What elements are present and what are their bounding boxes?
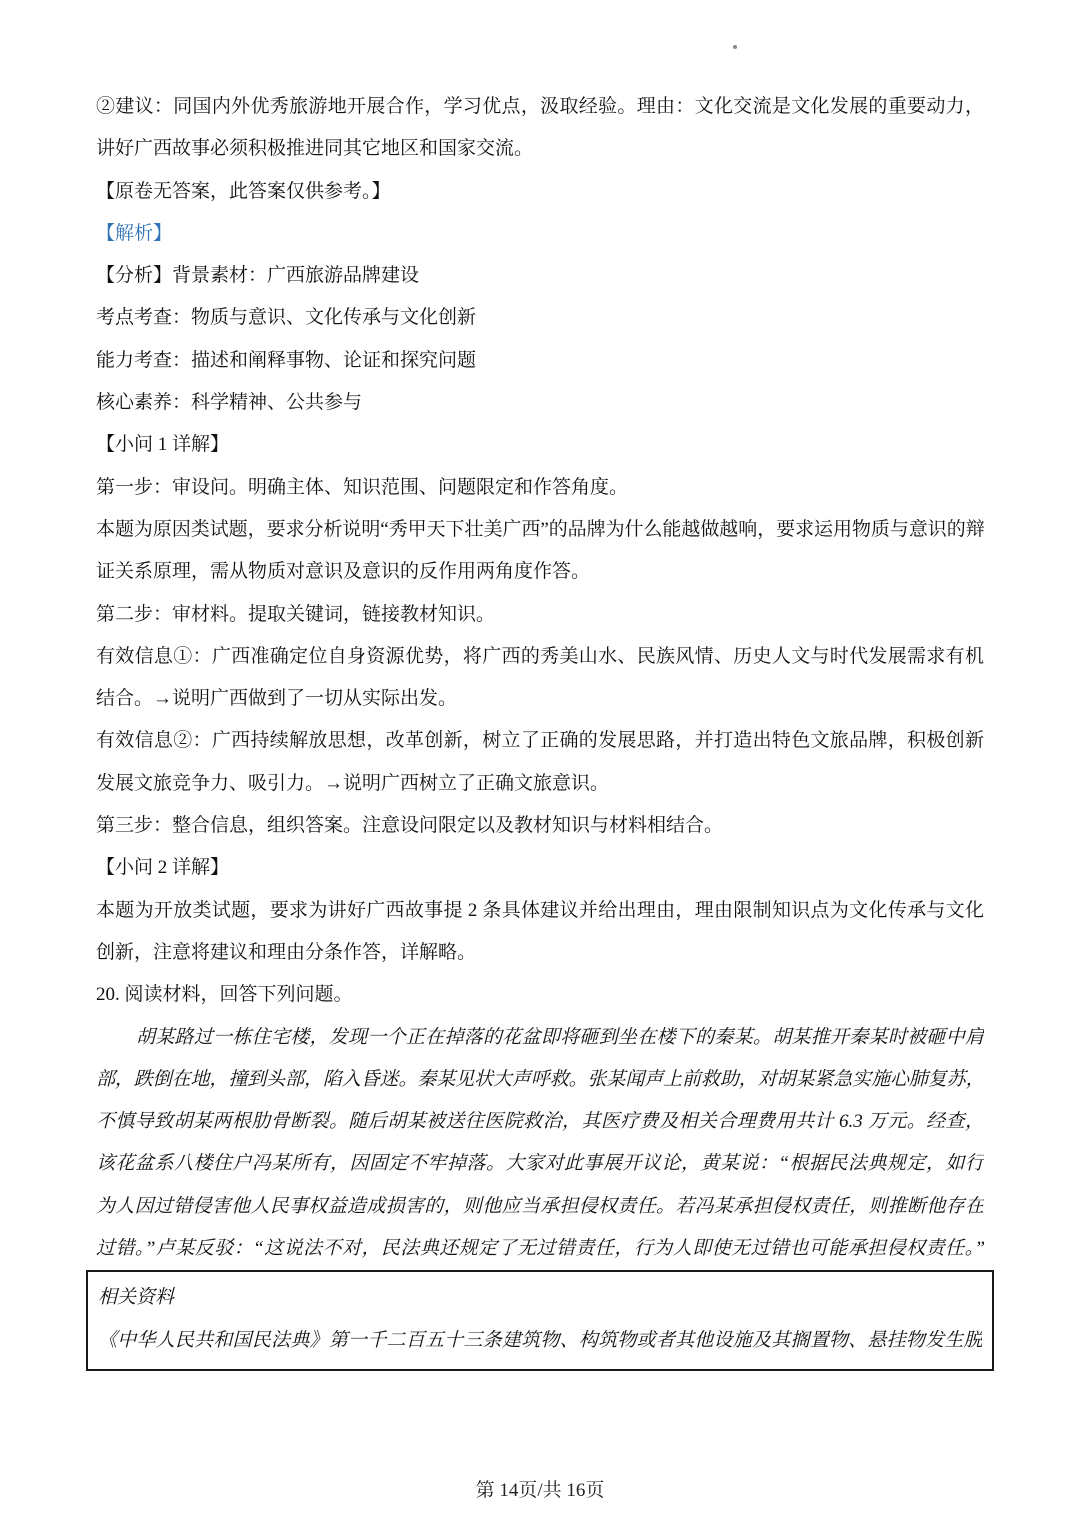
question20-material-line1: 胡某路过一栋住宅楼，发现一个正在掉落的花盆即将砸到坐在楼下的秦某。胡某推开秦某时… xyxy=(96,1017,984,1059)
related-box-body: 《中华人民共和国民法典》第一千二百五十三条建筑物、构筑物或者其他设施及其搁置物、… xyxy=(98,1320,982,1362)
page-number-footer: 第 14页/共 16页 xyxy=(0,1477,1080,1505)
q2-para-line2: 创新，注意将建议和理由分条作答，详解略。 xyxy=(96,932,984,974)
q1-info1-line1: 有效信息①：广西准确定位自身资源优势，将广西的秀美山水、民族风情、历史人文与时代… xyxy=(96,636,984,678)
q2-detail-header: 【小问 2 详解】 xyxy=(96,847,984,889)
scan-artifact-dot xyxy=(733,45,737,49)
q1-step1: 第一步：审设问。明确主体、知识范围、问题限定和作答角度。 xyxy=(96,467,984,509)
question20-material-line2: 部，跌倒在地，撞到头部，陷入昏迷。秦某见状大声呼救。张某闻声上前救助，对胡某紧急… xyxy=(96,1059,984,1101)
related-material-box: 相关资料 《中华人民共和国民法典》第一千二百五十三条建筑物、构筑物或者其他设施及… xyxy=(86,1270,994,1371)
q1-step2: 第二步：审材料。提取关键词，链接教材知识。 xyxy=(96,594,984,636)
q1-info1-line2: 结合。→说明广西做到了一切从实际出发。 xyxy=(96,678,984,720)
analysis-core-literacy: 核心素养：科学精神、公共参与 xyxy=(96,382,984,424)
q1-detail-header: 【小问 1 详解】 xyxy=(96,424,984,466)
question20-material-line3: 不慎导致胡某两根肋骨断裂。随后胡某被送往医院救治，其医疗费及相关合理费用共计 6… xyxy=(96,1101,984,1143)
question20-material-line5: 为人因过错侵害他人民事权益造成损害的，则他应当承担侵权责任。若冯某承担侵权责任，… xyxy=(96,1186,984,1228)
exam-document-page: ②建议：同国内外优秀旅游地开展合作，学习优点，汲取经验。理由：文化交流是文化发展… xyxy=(0,0,1080,1527)
analysis-background: 【分析】背景素材：广西旅游品牌建设 xyxy=(96,255,984,297)
q2-para-line1: 本题为开放类试题，要求为讲好广西故事提 2 条具体建议并给出理由，理由限制知识点… xyxy=(96,890,984,932)
question20-material-line6: 过错。”卢某反驳：“这说法不对，民法典还规定了无过错责任，行为人即使无过错也可能… xyxy=(96,1228,984,1270)
analysis-exam-points: 考点考查：物质与意识、文化传承与文化创新 xyxy=(96,297,984,339)
document-body: ②建议：同国内外优秀旅游地开展合作，学习优点，汲取经验。理由：文化交流是文化发展… xyxy=(96,86,984,1371)
question20-stem: 20. 阅读材料，回答下列问题。 xyxy=(96,974,984,1016)
q1-info2-line2: 发展文旅竞争力、吸引力。→说明广西树立了正确文旅意识。 xyxy=(96,763,984,805)
analysis-ability: 能力考查：描述和阐释事物、论证和探究问题 xyxy=(96,340,984,382)
q1-para1-line2: 证关系原理，需从物质对意识及意识的反作用两角度作答。 xyxy=(96,551,984,593)
q1-info2-line1: 有效信息②：广西持续解放思想，改革创新，树立了正确的发展思路，并打造出特色文旅品… xyxy=(96,720,984,762)
analysis-label: 【解析】 xyxy=(96,213,984,255)
related-box-title: 相关资料 xyxy=(98,1277,982,1319)
answer-source-note: 【原卷无答案，此答案仅供参考。】 xyxy=(96,171,984,213)
answer-suggestion2-line2: 讲好广西故事必须积极推进同其它地区和国家交流。 xyxy=(96,128,984,170)
answer-suggestion2-line1: ②建议：同国内外优秀旅游地开展合作，学习优点，汲取经验。理由：文化交流是文化发展… xyxy=(96,86,984,128)
q1-para1-line1: 本题为原因类试题，要求分析说明“秀甲天下壮美广西”的品牌为什么能越做越响，要求运… xyxy=(96,509,984,551)
q1-step3: 第三步：整合信息，组织答案。注意设问限定以及教材知识与材料相结合。 xyxy=(96,805,984,847)
question20-material-line4: 该花盆系八楼住户冯某所有，因固定不牢掉落。大家对此事展开议论，黄某说：“根据民法… xyxy=(96,1143,984,1185)
